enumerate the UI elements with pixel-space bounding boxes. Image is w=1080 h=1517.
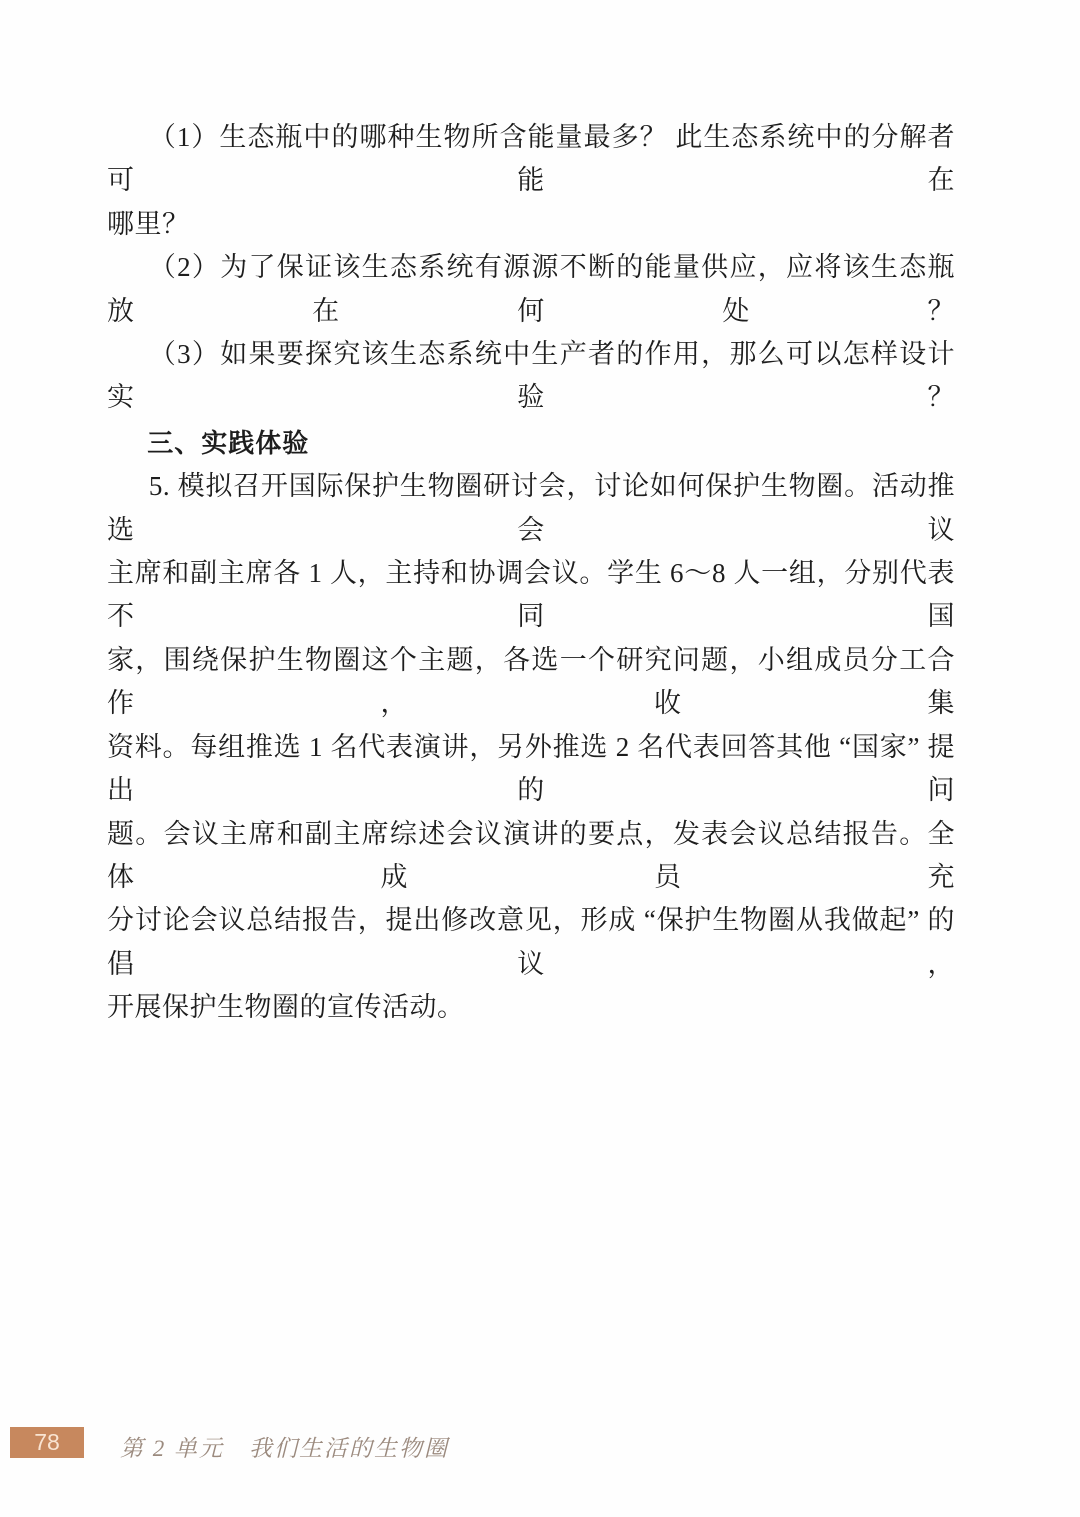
section-heading: 三、实践体验 bbox=[107, 422, 955, 465]
textbook-page: （1）生态瓶中的哪种生物所含能量最多？ 此生态系统中的分解者可能在 哪里？ （2… bbox=[0, 0, 1080, 1517]
question-2-line-1: （2）为了保证该生态系统有源源不断的能量供应，应将该生态瓶放在何处？ bbox=[107, 246, 955, 333]
activity-line-1: 5. 模拟召开国际保护生物圈研讨会，讨论如何保护生物圈。活动推选会议 bbox=[107, 465, 955, 552]
activity-line-6: 分讨论会议总结报告，提出修改意见，形成 “保护生物圈从我做起” 的倡议， bbox=[107, 899, 955, 986]
activity-line-4: 资料。每组推选 1 名代表演讲，另外推选 2 名代表回答其他 “国家” 提出的问 bbox=[107, 726, 955, 813]
question-1-line-1: （1）生态瓶中的哪种生物所含能量最多？ 此生态系统中的分解者可能在 bbox=[107, 116, 955, 203]
activity-line-7: 开展保护生物圈的宣传活动。 bbox=[107, 986, 955, 1029]
footer-unit-label: 第 2 单元 我们生活的生物圈 bbox=[120, 1430, 449, 1463]
question-1-line-2: 哪里？ bbox=[107, 203, 955, 246]
page-number-badge: 78 bbox=[10, 1427, 84, 1458]
question-3-line-1: （3）如果要探究该生态系统中生产者的作用，那么可以怎样设计实验？ bbox=[107, 333, 955, 420]
page-text-block: （1）生态瓶中的哪种生物所含能量最多？ 此生态系统中的分解者可能在 哪里？ （2… bbox=[107, 116, 955, 1030]
page-footer: 78 第 2 单元 我们生活的生物圈 bbox=[0, 1425, 1080, 1461]
activity-line-5: 题。会议主席和副主席综述会议演讲的要点，发表会议总结报告。全体成员充 bbox=[107, 813, 955, 900]
activity-line-3: 家，围绕保护生物圈这个主题，各选一个研究问题，小组成员分工合作，收集 bbox=[107, 639, 955, 726]
activity-line-2: 主席和副主席各 1 人，主持和协调会议。学生 6～8 人一组，分别代表不同国 bbox=[107, 552, 955, 639]
